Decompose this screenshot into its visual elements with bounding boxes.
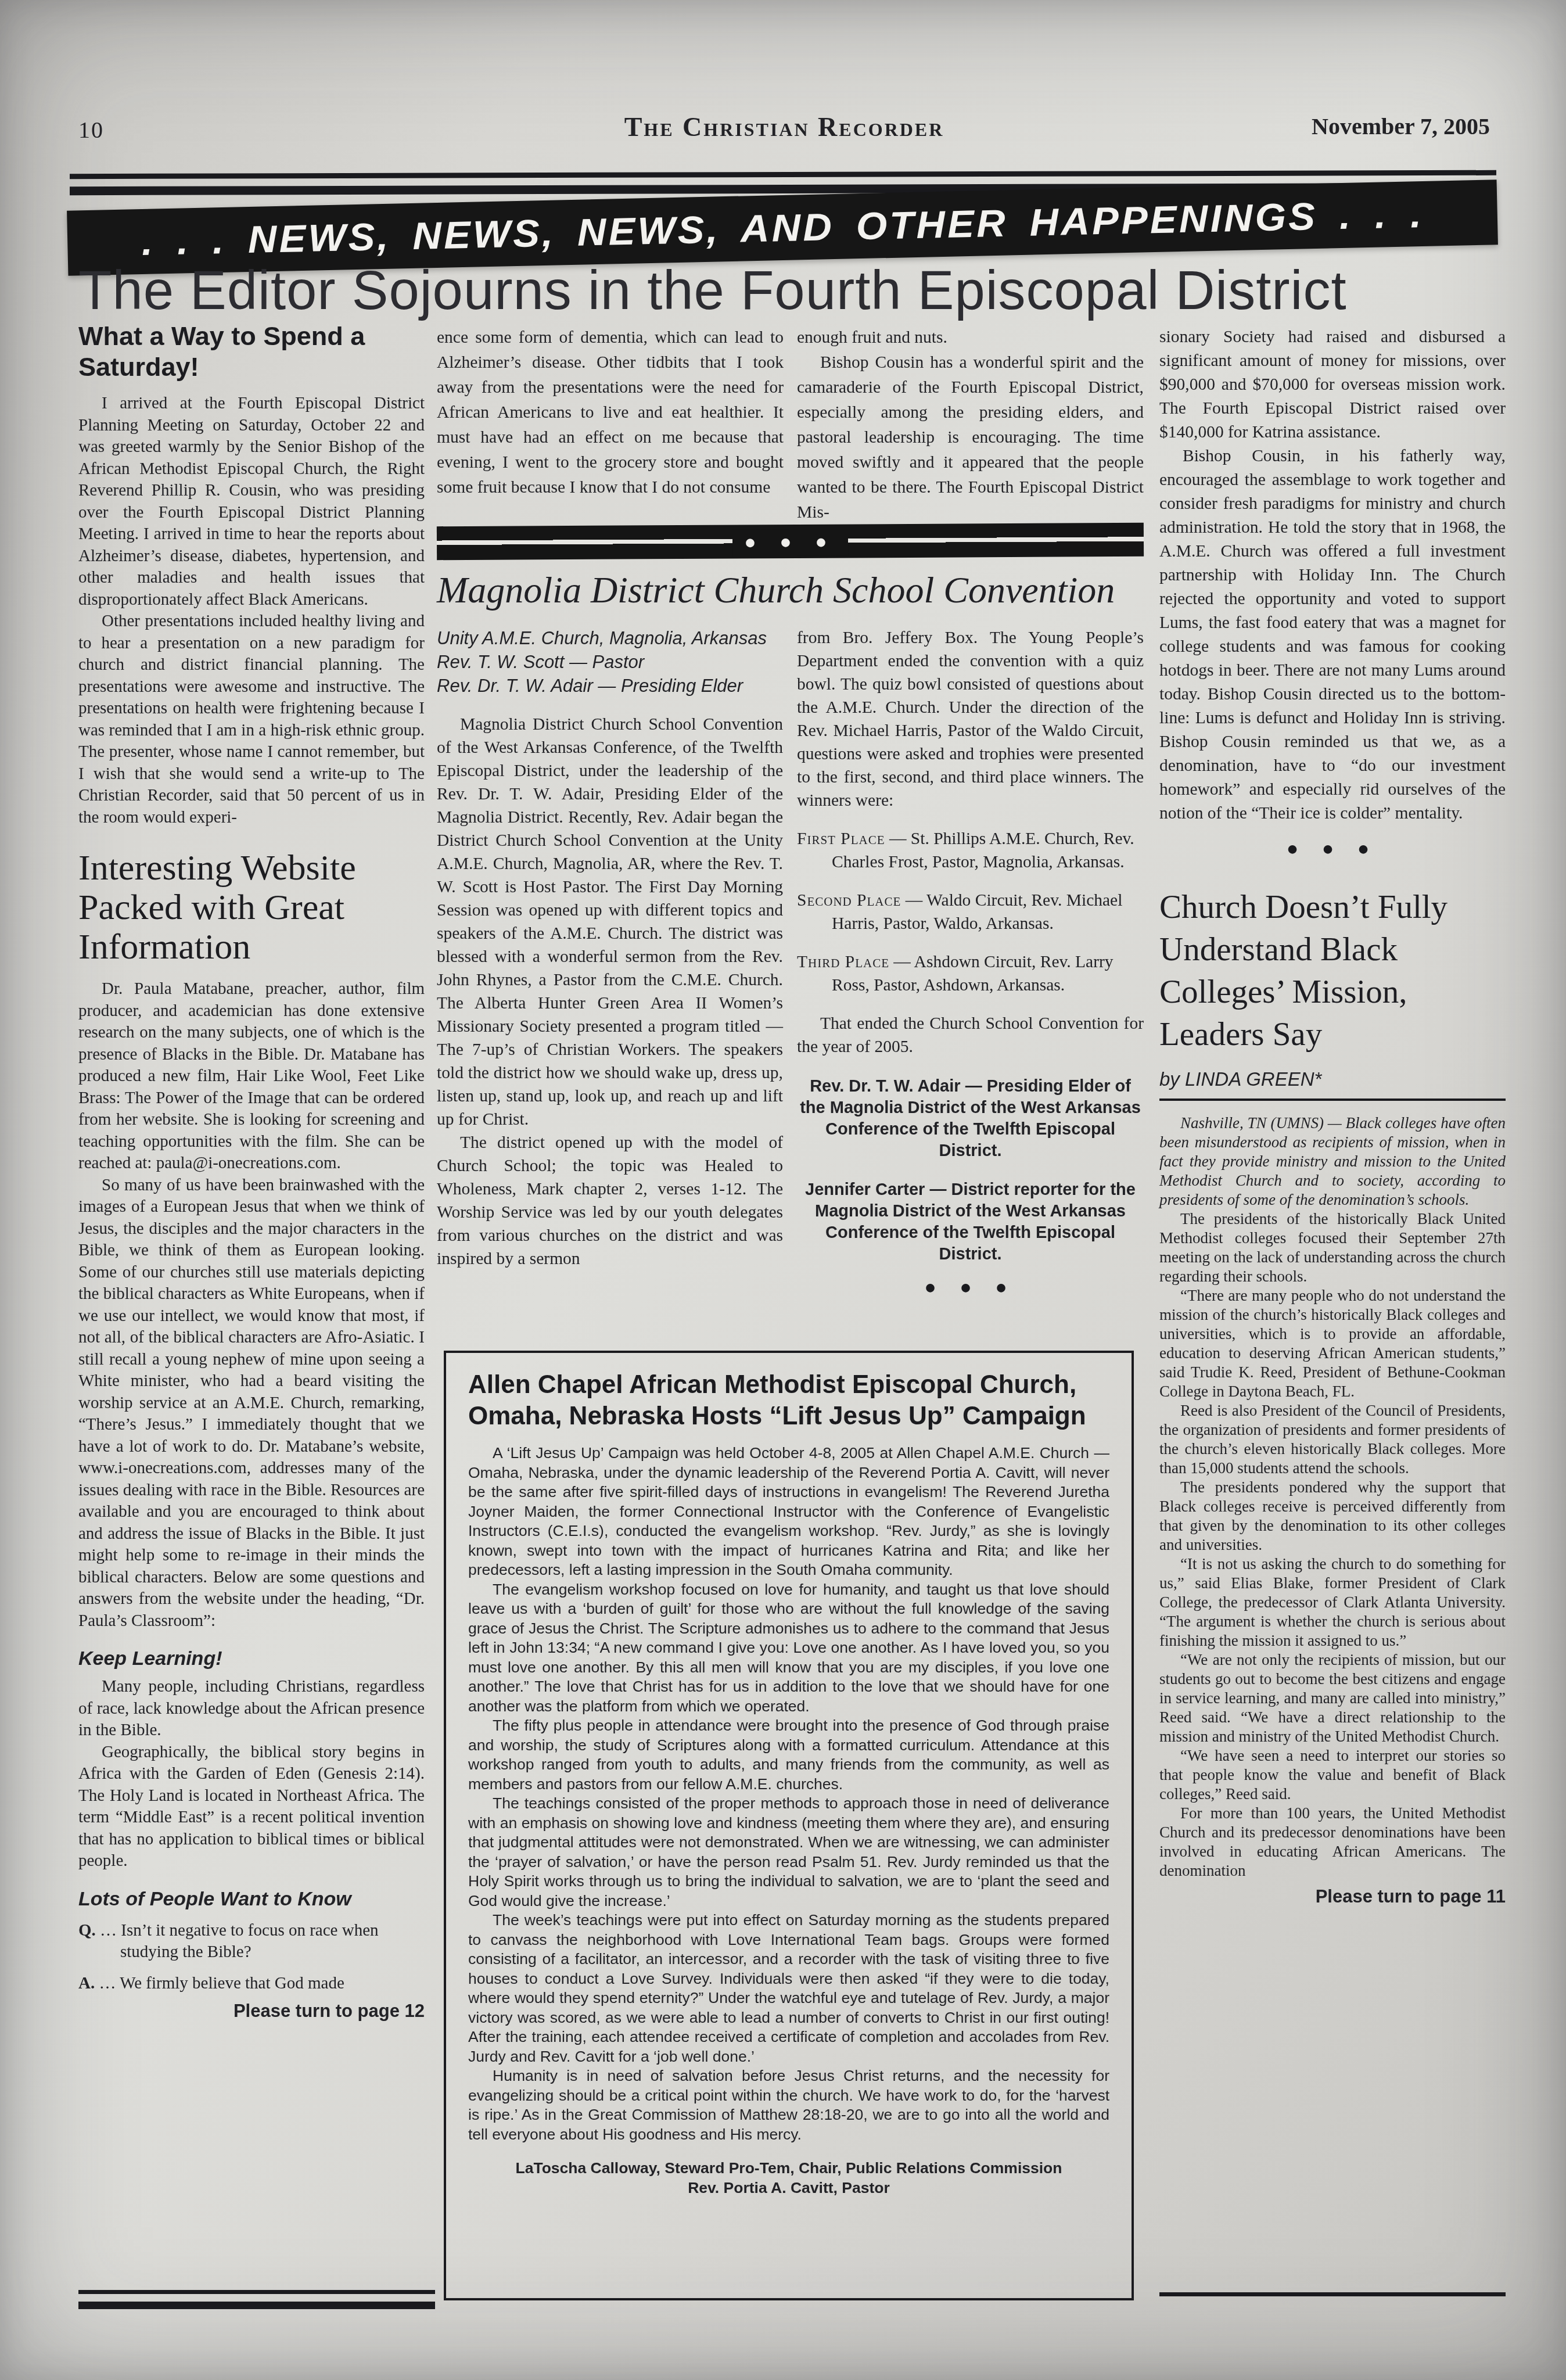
continuation-notice-page-12: Please turn to page 12 — [78, 2000, 425, 2022]
dateline-presiding-elder: Rev. Dr. T. W. Adair — Presiding Elder — [437, 674, 783, 698]
colleges-byline: by LINDA GREEN* — [1159, 1056, 1506, 1101]
bottom-rule-left-thick — [78, 2302, 435, 2309]
winner-third-place: Third Place — Ashdown Circuit, Rev. Larr… — [797, 950, 1144, 997]
saturday-paragraph: I arrived at the Fourth Episcopal Distri… — [78, 393, 425, 611]
continuation-notice-page-11: Please turn to page 11 — [1159, 1886, 1506, 1907]
magnolia-paragraph: The district opened up with the model of… — [437, 1131, 783, 1270]
colleges-paragraph: Reed is also President of the Council of… — [1159, 1401, 1506, 1478]
magnolia-right-column: from Bro. Jeffery Box. The Young People’… — [797, 626, 1144, 1299]
magnolia-continuation: from Bro. Jeffery Box. The Young People’… — [797, 626, 1144, 812]
divider-dots-icon: ● ● ● — [732, 529, 848, 556]
allen-signature-pastor: Rev. Portia A. Cavitt, Pastor — [468, 2178, 1109, 2198]
answer-label: A. — [78, 1974, 95, 1993]
allen-signature-chair: LaToscha Calloway, Steward Pro-Tem, Chai… — [468, 2158, 1109, 2178]
question-label: Q. — [78, 1921, 96, 1940]
allen-paragraph: The week’s teachings were put into effec… — [468, 1911, 1109, 2066]
column-4: sionary Society had raised and disbursed… — [1159, 325, 1506, 1907]
masthead-title: The Christian Recorder — [78, 112, 1490, 142]
magnolia-paragraph: Magnolia District Church School Conventi… — [437, 713, 783, 1131]
issue-date: November 7, 2005 — [1312, 113, 1490, 140]
keep-learning-paragraph: Many people, including Christians, regar… — [78, 1676, 425, 1742]
newspaper-page-photo: { "header": { "page_number": "10", "mast… — [0, 0, 1566, 2380]
end-of-article-dots-icon: ● ● ● — [797, 1277, 1144, 1299]
colleges-paragraph: “There are many people who do not unders… — [1159, 1286, 1506, 1401]
dateline-church: Unity A.M.E. Church, Magnolia, Arkansas — [437, 626, 783, 650]
section-divider-bar: ● ● ● — [437, 523, 1144, 560]
allen-paragraph: The evangelism workshop focused on love … — [468, 1580, 1109, 1717]
main-headline: The Editor Sojourns in the Fourth Episco… — [78, 259, 1496, 322]
bottom-rule-left-thin — [78, 2290, 435, 2294]
magnolia-left-column: Unity A.M.E. Church, Magnolia, Arkansas … — [437, 626, 783, 1299]
colleges-paragraph: The presidents of the historically Black… — [1159, 1209, 1506, 1286]
magnolia-dateline: Unity A.M.E. Church, Magnolia, Arkansas … — [437, 626, 783, 698]
saturday-paragraph: Other presentations included healthy liv… — [78, 611, 425, 828]
article-heading-website: Interesting Website Packed with Great In… — [78, 848, 425, 967]
winner-place-label: First Place — [797, 830, 885, 848]
allen-paragraph: The fifty plus people in attendance were… — [468, 1716, 1109, 1794]
colleges-paragraph: “We are not only the recipients of missi… — [1159, 1650, 1506, 1746]
question-text: … Isn’t it negative to focus on race whe… — [96, 1921, 379, 1962]
allen-chapel-boxed-article: Allen Chapel African Methodist Episcopal… — [444, 1351, 1134, 2300]
column-2-continuation: ence some form of dementia, which can le… — [437, 325, 784, 500]
saturday-continuation: ence some form of dementia, which can le… — [437, 325, 784, 500]
magnolia-headline: Magnolia District Church School Conventi… — [437, 569, 1144, 611]
qa-answer: A. … We firmly believe that God made — [78, 1973, 425, 1995]
colleges-article-heading: Church Doesn’t Fully Understand Black Co… — [1159, 886, 1506, 1056]
credit-district-reporter: Jennifer Carter — District reporter for … — [797, 1179, 1144, 1265]
end-of-article-dots-icon: ● ● ● — [1159, 838, 1506, 860]
page-header: 10 The Christian Recorder November 7, 20… — [78, 112, 1490, 146]
qa-question: Q. … Isn’t it negative to focus on race … — [78, 1920, 425, 1963]
winner-first-place: First Place — St. Phillips A.M.E. Church… — [797, 827, 1144, 874]
winner-place-label: Third Place — [797, 953, 889, 971]
winner-place-label: Second Place — [797, 891, 901, 910]
winner-second-place: Second Place — Waldo Circuit, Rev. Micha… — [797, 889, 1144, 935]
website-paragraph: Dr. Paula Matabane, preacher, author, fi… — [78, 978, 425, 1175]
news-banner-text: . . . NEWS, NEWS, NEWS, AND OTHER HAPPEN… — [141, 192, 1424, 264]
bottom-rule-right — [1159, 2292, 1506, 2296]
dateline-pastor: Rev. T. W. Scott — Pastor — [437, 650, 783, 674]
saturday-continuation: Bishop Cousin has a wonderful spirit and… — [797, 350, 1144, 525]
article-heading-saturday: What a Way to Spend a Saturday! — [78, 321, 425, 382]
header-rule-thin — [70, 170, 1496, 179]
magnolia-closing: That ended the Church School Convention … — [797, 1012, 1144, 1058]
colleges-paragraph: For more than 100 years, the United Meth… — [1159, 1804, 1506, 1880]
website-paragraph: So many of us have been brainwashed with… — [78, 1175, 425, 1632]
saturday-continuation: enough fruit and nuts. — [797, 325, 1144, 350]
colleges-paragraph: The presidents pondered why the support … — [1159, 1478, 1506, 1555]
allen-chapel-heading: Allen Chapel African Methodist Episcopal… — [468, 1369, 1109, 1432]
keep-learning-paragraph: Geographically, the biblical story begin… — [78, 1742, 425, 1872]
saturday-continuation: Bishop Cousin, in his fatherly way, enco… — [1159, 444, 1506, 825]
allen-paragraph: A ‘Lift Jesus Up’ Campaign was held Octo… — [468, 1444, 1109, 1580]
column-1: What a Way to Spend a Saturday! I arrive… — [78, 321, 425, 2022]
column-3-continuation: enough fruit and nuts. Bishop Cousin has… — [797, 325, 1144, 525]
colleges-paragraph: “We have seen a need to interpret our st… — [1159, 1746, 1506, 1804]
colleges-paragraph: “It is not us asking the church to do so… — [1159, 1555, 1506, 1650]
magnolia-article: Magnolia District Church School Conventi… — [437, 569, 1144, 1299]
answer-text: … We firmly believe that God made — [95, 1974, 344, 1993]
subhead-keep-learning: Keep Learning! — [78, 1647, 425, 1670]
subhead-lots-of-people: Lots of People Want to Know — [78, 1887, 425, 1911]
saturday-continuation: sionary Society had raised and disbursed… — [1159, 325, 1506, 444]
allen-paragraph: The teachings consisted of the proper me… — [468, 1794, 1109, 1911]
colleges-lead-paragraph: Nashville, TN (UMNS) — Black colleges ha… — [1159, 1114, 1506, 1209]
credit-presiding-elder: Rev. Dr. T. W. Adair — Presiding Elder o… — [797, 1076, 1144, 1162]
allen-paragraph: Humanity is in need of salvation before … — [468, 2066, 1109, 2144]
